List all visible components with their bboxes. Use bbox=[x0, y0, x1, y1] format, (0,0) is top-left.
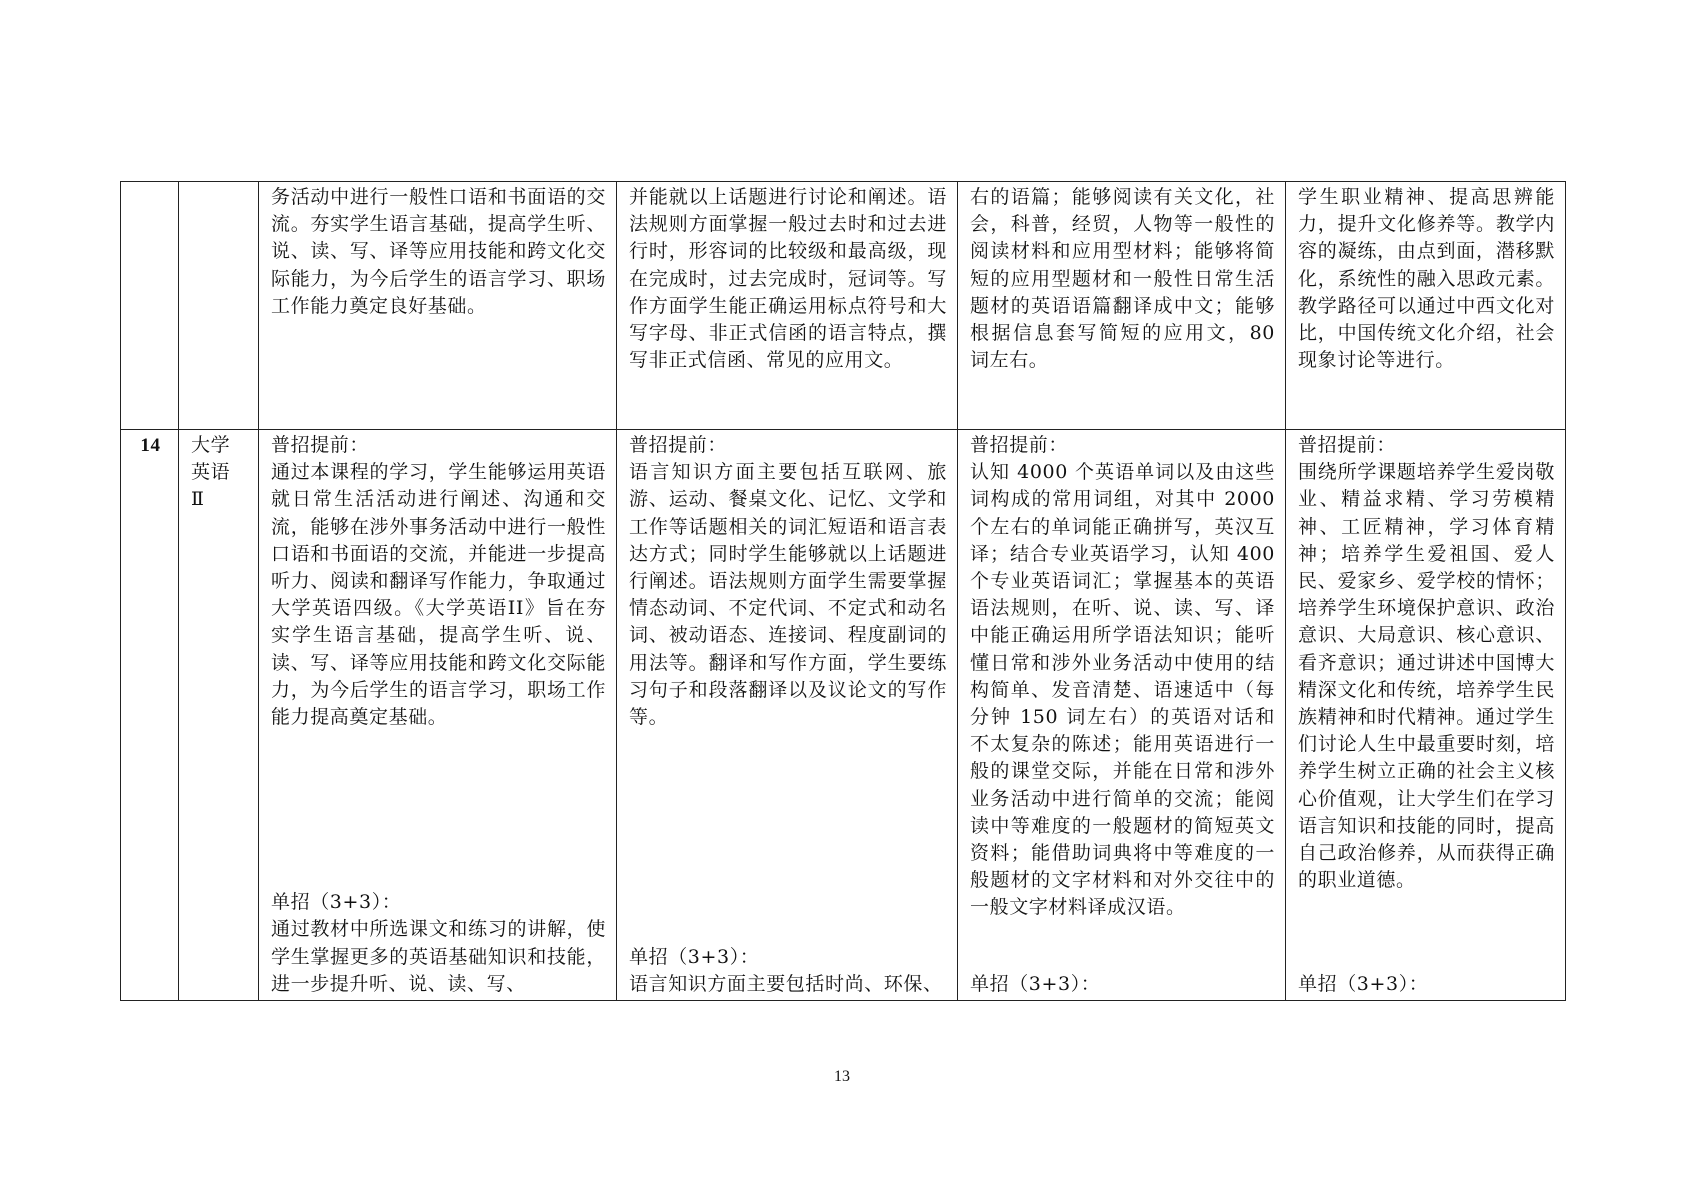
course-requirements-cell: 右的语篇；能够阅读有关文化，社会，科普，经贸，人物等一般性的阅读材料和应用型材料… bbox=[958, 182, 1286, 430]
section-text-danzhao: 语言知识方面主要包括时尚、环保、 bbox=[629, 971, 947, 998]
section-title-danzhao: 单招（3+3）： bbox=[271, 889, 606, 916]
page-number: 13 bbox=[0, 1068, 1684, 1086]
section-text-puzhao: 通过本课程的学习，学生能够运用英语就日常生活活动进行阐述、沟通和交流，能够在涉外… bbox=[271, 459, 606, 731]
course-content-cell: 普招提前： 语言知识方面主要包括互联网、旅游、运动、餐桌文化、记忆、文学和工作等… bbox=[617, 430, 958, 1001]
section-title-puzhao: 普招提前： bbox=[970, 432, 1275, 459]
section-title-danzhao: 单招（3+3）： bbox=[629, 944, 947, 971]
ideological-elements-cell: 学生职业精神、提高思辨能力，提升文化修养等。教学内容的凝练，由点到面，潜移默化，… bbox=[1286, 182, 1566, 430]
row-number-cell bbox=[121, 182, 179, 430]
course-objective-cell: 务活动中进行一般性口语和书面语的交流。夯实学生语言基础，提高学生听、说、读、写、… bbox=[259, 182, 617, 430]
course-name-cell bbox=[179, 182, 259, 430]
course-content-cell: 并能就以上话题进行讨论和阐述。语法规则方面掌握一般过去时和过去进行时，形容词的比… bbox=[617, 182, 958, 430]
course-content-text: 并能就以上话题进行讨论和阐述。语法规则方面掌握一般过去时和过去进行时，形容词的比… bbox=[629, 184, 947, 374]
section-title-danzhao: 单招（3+3）： bbox=[1298, 971, 1555, 998]
section-text-danzhao: 通过教材中所选课文和练习的讲解，使学生掌握更多的英语基础知识和技能，进一步提升听… bbox=[271, 916, 606, 998]
row-number-cell: 14 bbox=[121, 430, 179, 1001]
section-text-puzhao: 围绕所学课题培养学生爱岗敬业、精益求精、学习劳模精神、工匠精神，学习体育精神；培… bbox=[1298, 459, 1555, 894]
document-page: 务活动中进行一般性口语和书面语的交流。夯实学生语言基础，提高学生听、说、读、写、… bbox=[0, 0, 1684, 1191]
course-table: 务活动中进行一般性口语和书面语的交流。夯实学生语言基础，提高学生听、说、读、写、… bbox=[120, 181, 1566, 1001]
table-row-continued: 务活动中进行一般性口语和书面语的交流。夯实学生语言基础，提高学生听、说、读、写、… bbox=[121, 182, 1566, 430]
section-title-puzhao: 普招提前： bbox=[271, 432, 606, 459]
course-name: 大学 英语 Ⅱ bbox=[191, 432, 248, 514]
course-objective-cell: 普招提前： 通过本课程的学习，学生能够运用英语就日常生活活动进行阐述、沟通和交流… bbox=[259, 430, 617, 1001]
course-objective-text: 务活动中进行一般性口语和书面语的交流。夯实学生语言基础，提高学生听、说、读、写、… bbox=[271, 184, 606, 320]
course-requirements-text: 右的语篇；能够阅读有关文化，社会，科普，经贸，人物等一般性的阅读材料和应用型材料… bbox=[970, 184, 1275, 374]
section-title-danzhao: 单招（3+3）： bbox=[970, 971, 1275, 998]
course-name-cell: 大学 英语 Ⅱ bbox=[179, 430, 259, 1001]
table-row-course-14: 14 大学 英语 Ⅱ 普招提前： 通过本课程的学习，学生能够运用英语就日常生活活… bbox=[121, 430, 1566, 1001]
section-text-puzhao: 语言知识方面主要包括互联网、旅游、运动、餐桌文化、记忆、文学和工作等话题相关的词… bbox=[629, 459, 947, 731]
section-text-puzhao: 认知 4000 个英语单词以及由这些词构成的常用词组，对其中 2000 个左右的… bbox=[970, 459, 1275, 921]
section-title-puzhao: 普招提前： bbox=[1298, 432, 1555, 459]
section-title-puzhao: 普招提前： bbox=[629, 432, 947, 459]
ideological-elements-text: 学生职业精神、提高思辨能力，提升文化修养等。教学内容的凝练，由点到面，潜移默化，… bbox=[1298, 184, 1555, 374]
ideological-elements-cell: 普招提前： 围绕所学课题培养学生爱岗敬业、精益求精、学习劳模精神、工匠精神，学习… bbox=[1286, 430, 1566, 1001]
course-requirements-cell: 普招提前： 认知 4000 个英语单词以及由这些词构成的常用词组，对其中 200… bbox=[958, 430, 1286, 1001]
